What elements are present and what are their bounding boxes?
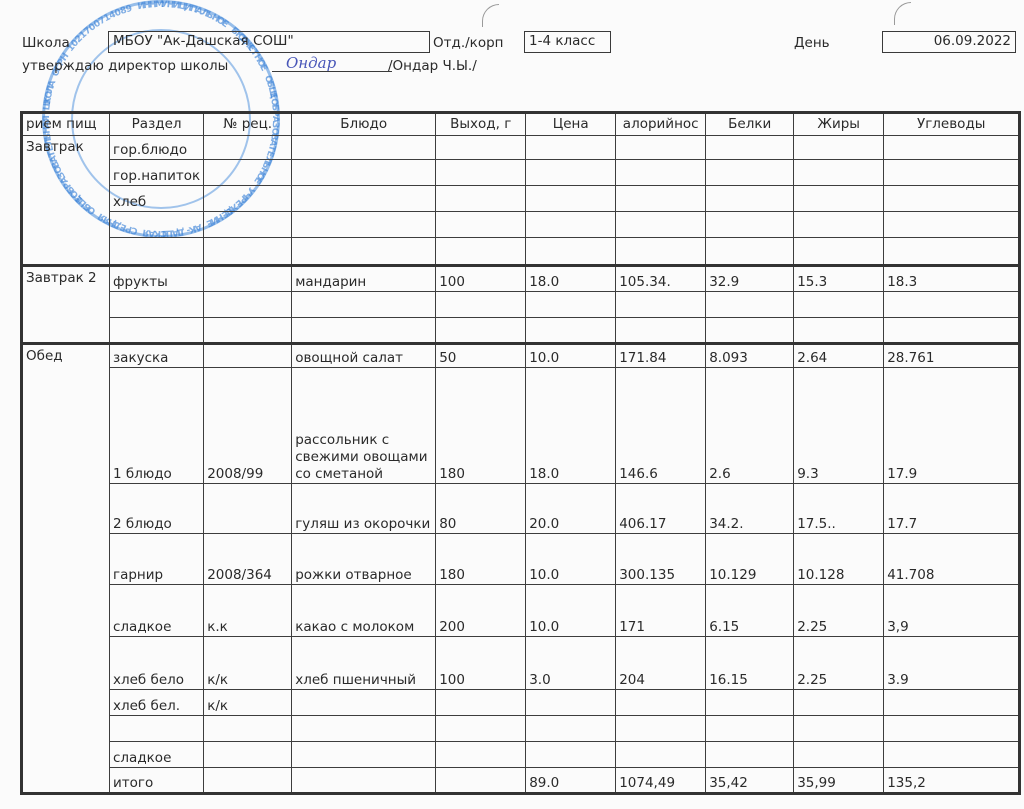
table-row — [22, 716, 1020, 742]
column-header-recipe: № рец. — [204, 113, 292, 136]
cell-fat[interactable]: 10.128 — [794, 534, 884, 585]
cell-protein[interactable] — [706, 716, 794, 742]
cell-price[interactable] — [526, 716, 616, 742]
cell-carbs[interactable] — [884, 136, 1020, 160]
cell-protein[interactable]: 34.2. — [706, 484, 794, 534]
menu-table: рием пищРаздел№ рец.БлюдоВыход, гЦенаало… — [20, 111, 1021, 795]
cell-dish[interactable] — [292, 238, 436, 266]
cell-carbs[interactable] — [884, 716, 1020, 742]
cell-price[interactable]: 89.0 — [526, 768, 616, 794]
cell-recipe[interactable] — [204, 266, 292, 292]
cell-calories[interactable]: 406.17 — [616, 484, 706, 534]
cell-dish[interactable] — [292, 160, 436, 186]
cell-carbs[interactable] — [884, 160, 1020, 186]
cell-price[interactable] — [526, 318, 616, 344]
cell-section[interactable]: итого — [110, 768, 204, 794]
cell-calories[interactable] — [616, 292, 706, 318]
cell-section[interactable]: сладкое — [110, 585, 204, 637]
cell-fat[interactable] — [794, 292, 884, 318]
cell-dish[interactable]: гуляш из окорочки — [292, 484, 436, 534]
cell-calories[interactable]: 171.84 — [616, 344, 706, 368]
cell-yield[interactable]: 180 — [436, 368, 526, 484]
cell-dish[interactable]: овощной салат — [292, 344, 436, 368]
cell-price[interactable]: 3.0 — [526, 637, 616, 690]
cell-price[interactable] — [526, 292, 616, 318]
cell-section[interactable]: сладкое — [110, 742, 204, 768]
cell-section[interactable] — [110, 238, 204, 266]
cell-price[interactable] — [526, 238, 616, 266]
cell-carbs[interactable] — [884, 292, 1020, 318]
cell-yield[interactable] — [436, 238, 526, 266]
cell-dish[interactable]: рожки отварное — [292, 534, 436, 585]
cell-yield[interactable] — [436, 742, 526, 768]
cell-carbs[interactable]: 18.3 — [884, 266, 1020, 292]
cell-price[interactable]: 10.0 — [526, 344, 616, 368]
scan-artifact-arc — [482, 4, 499, 27]
cell-calories[interactable] — [616, 742, 706, 768]
cell-yield[interactable] — [436, 318, 526, 344]
cell-yield[interactable] — [436, 690, 526, 716]
cell-price[interactable] — [526, 690, 616, 716]
cell-recipe[interactable] — [204, 186, 292, 212]
cell-section[interactable]: хлеб бело — [110, 637, 204, 690]
table-row — [22, 212, 1020, 238]
cell-fat[interactable] — [794, 186, 884, 212]
approve-label: утверждаю директор школы — [22, 58, 228, 74]
cell-dish[interactable] — [292, 318, 436, 344]
cell-dish[interactable]: рассольник с свежими овощами со сметаной — [292, 368, 436, 484]
cell-fat[interactable] — [794, 318, 884, 344]
cell-dish[interactable] — [292, 716, 436, 742]
cell-yield[interactable] — [436, 160, 526, 186]
cell-protein[interactable]: 10.129 — [706, 534, 794, 585]
cell-protein[interactable]: 2.6 — [706, 368, 794, 484]
cell-section[interactable] — [110, 212, 204, 238]
approver-name: /Ондар Ч.Ы./ — [388, 58, 477, 74]
cell-calories[interactable] — [616, 238, 706, 266]
cell-recipe[interactable]: к/к — [204, 690, 292, 716]
scan-artifact-arc — [894, 2, 911, 25]
cell-dish[interactable]: мандарин — [292, 266, 436, 292]
cell-fat[interactable]: 2.64 — [794, 344, 884, 368]
cell-fat[interactable] — [794, 160, 884, 186]
director-signature: Ондар — [286, 54, 336, 72]
cell-yield[interactable] — [436, 186, 526, 212]
cell-protein[interactable] — [706, 742, 794, 768]
cell-section[interactable] — [110, 292, 204, 318]
cell-price[interactable] — [526, 186, 616, 212]
cell-dish[interactable] — [292, 212, 436, 238]
cell-yield[interactable] — [436, 292, 526, 318]
cell-yield[interactable]: 80 — [436, 484, 526, 534]
cell-carbs[interactable] — [884, 212, 1020, 238]
cell-section[interactable]: 1 блюдо — [110, 368, 204, 484]
cell-calories[interactable]: 146.6 — [616, 368, 706, 484]
table-row: Завтрак 2фруктымандарин10018.0105.34.32.… — [22, 266, 1020, 292]
cell-section[interactable]: 2 блюдо — [110, 484, 204, 534]
cell-section[interactable]: хлеб — [110, 186, 204, 212]
cell-calories[interactable]: 204 — [616, 637, 706, 690]
cell-carbs[interactable]: 3,9 — [884, 585, 1020, 637]
cell-recipe[interactable] — [204, 484, 292, 534]
table-row: гор.напиток — [22, 160, 1020, 186]
cell-section[interactable] — [110, 318, 204, 344]
cell-recipe[interactable] — [204, 742, 292, 768]
column-header-calories: алорийнос — [616, 113, 706, 136]
cell-section[interactable]: хлеб бел. — [110, 690, 204, 716]
cell-yield[interactable]: 50 — [436, 344, 526, 368]
table-row: Обедзакускаовощной салат5010.0171.848.09… — [22, 344, 1020, 368]
cell-protein[interactable] — [706, 160, 794, 186]
cell-yield[interactable]: 180 — [436, 534, 526, 585]
cell-carbs[interactable]: 28.761 — [884, 344, 1020, 368]
cell-dish[interactable] — [292, 136, 436, 160]
school-field[interactable]: МБОУ "Ак-Дашская СОШ" — [108, 31, 430, 53]
table-row: сладкоек.ккакао с молоком20010.01716.152… — [22, 585, 1020, 637]
cell-protein[interactable] — [706, 186, 794, 212]
cell-section[interactable] — [110, 716, 204, 742]
cell-price[interactable] — [526, 212, 616, 238]
dept-label: Отд./корп — [433, 35, 503, 51]
cell-carbs[interactable] — [884, 318, 1020, 344]
cell-carbs[interactable]: 17.7 — [884, 484, 1020, 534]
cell-protein[interactable]: 35,42 — [706, 768, 794, 794]
column-header-carbs: Углеводы — [884, 113, 1020, 136]
cell-fat[interactable]: 35,99 — [794, 768, 884, 794]
cell-calories[interactable] — [616, 136, 706, 160]
cell-calories[interactable] — [616, 160, 706, 186]
cell-calories[interactable]: 300.135 — [616, 534, 706, 585]
column-header-price: Цена — [526, 113, 616, 136]
cell-price[interactable]: 20.0 — [526, 484, 616, 534]
cell-protein[interactable] — [706, 690, 794, 716]
cell-carbs[interactable] — [884, 186, 1020, 212]
cell-recipe[interactable] — [204, 344, 292, 368]
cell-protein[interactable]: 32.9 — [706, 266, 794, 292]
cell-yield[interactable] — [436, 768, 526, 794]
cell-section[interactable]: гор.напиток — [110, 160, 204, 186]
cell-yield[interactable]: 100 — [436, 637, 526, 690]
cell-fat[interactable] — [794, 238, 884, 266]
table-row: 2 блюдогуляш из окорочки8020.0406.1734.2… — [22, 484, 1020, 534]
school-label: Школа — [22, 35, 70, 51]
cell-section[interactable]: гарнир — [110, 534, 204, 585]
cell-recipe[interactable] — [204, 318, 292, 344]
table-row: Завтракгор.блюдо — [22, 136, 1020, 160]
table-row: хлеб — [22, 186, 1020, 212]
cell-recipe[interactable]: 2008/364 — [204, 534, 292, 585]
table-header-row: рием пищРаздел№ рец.БлюдоВыход, гЦенаало… — [22, 113, 1020, 136]
meal-name-cell: Обед — [22, 344, 110, 794]
column-header-fat: Жиры — [794, 113, 884, 136]
cell-yield[interactable] — [436, 212, 526, 238]
cell-recipe[interactable]: к.к — [204, 585, 292, 637]
cell-price[interactable] — [526, 742, 616, 768]
column-header-section: Раздел — [110, 113, 204, 136]
cell-calories[interactable]: 105.34. — [616, 266, 706, 292]
table-row: 1 блюдо2008/99рассольник с свежими овоща… — [22, 368, 1020, 484]
cell-section[interactable]: закуска — [110, 344, 204, 368]
meal-name-cell: Завтрак — [22, 136, 110, 266]
cell-calories[interactable] — [616, 716, 706, 742]
cell-fat[interactable]: 2.25 — [794, 637, 884, 690]
cell-fat[interactable] — [794, 212, 884, 238]
cell-protein[interactable] — [706, 136, 794, 160]
cell-protein[interactable] — [706, 238, 794, 266]
cell-dish[interactable]: хлеб пшеничный — [292, 637, 436, 690]
cell-calories[interactable] — [616, 318, 706, 344]
cell-protein[interactable]: 6.15 — [706, 585, 794, 637]
cell-carbs[interactable] — [884, 742, 1020, 768]
table-row: хлеб бел.к/к — [22, 690, 1020, 716]
cell-section[interactable]: фрукты — [110, 266, 204, 292]
cell-carbs[interactable] — [884, 238, 1020, 266]
day-field[interactable]: 06.09.2022 — [882, 31, 1016, 53]
cell-section[interactable]: гор.блюдо — [110, 136, 204, 160]
cell-fat[interactable] — [794, 690, 884, 716]
cell-recipe[interactable] — [204, 160, 292, 186]
cell-fat[interactable] — [794, 742, 884, 768]
cell-fat[interactable]: 2.25 — [794, 585, 884, 637]
cell-recipe[interactable] — [204, 238, 292, 266]
cell-yield[interactable]: 200 — [436, 585, 526, 637]
cell-calories[interactable]: 1074,49 — [616, 768, 706, 794]
cell-dish[interactable] — [292, 292, 436, 318]
cell-protein[interactable]: 16.15 — [706, 637, 794, 690]
cell-carbs[interactable]: 135,2 — [884, 768, 1020, 794]
cell-protein[interactable] — [706, 292, 794, 318]
cell-yield[interactable] — [436, 716, 526, 742]
cell-fat[interactable]: 9.3 — [794, 368, 884, 484]
menu-page: МУНИЦИПАЛЬНОЕ БЮДЖЕТНОЕ ОБЩЕОБРАЗОВАТЕЛЬ… — [0, 0, 1024, 809]
column-header-dish: Блюдо — [292, 113, 436, 136]
cell-carbs[interactable] — [884, 690, 1020, 716]
table-row: итого89.01074,4935,4235,99135,2 — [22, 768, 1020, 794]
cell-fat[interactable]: 15.3 — [794, 266, 884, 292]
cell-recipe[interactable]: к/к — [204, 637, 292, 690]
cell-dish[interactable]: какао с молоком — [292, 585, 436, 637]
cell-calories[interactable]: 171 — [616, 585, 706, 637]
cell-dish[interactable] — [292, 768, 436, 794]
cell-fat[interactable] — [794, 136, 884, 160]
cell-price[interactable] — [526, 136, 616, 160]
cell-protein[interactable] — [706, 318, 794, 344]
cell-carbs[interactable]: 3.9 — [884, 637, 1020, 690]
cell-protein[interactable] — [706, 212, 794, 238]
cell-fat[interactable] — [794, 716, 884, 742]
cell-price[interactable]: 18.0 — [526, 266, 616, 292]
cell-price[interactable]: 10.0 — [526, 585, 616, 637]
cell-dish[interactable] — [292, 186, 436, 212]
cell-carbs[interactable]: 17.9 — [884, 368, 1020, 484]
column-header-yield: Выход, г — [436, 113, 526, 136]
table-row — [22, 292, 1020, 318]
column-header-meal: рием пищ — [22, 113, 110, 136]
cell-price[interactable]: 18.0 — [526, 368, 616, 484]
cell-yield[interactable] — [436, 136, 526, 160]
cell-dish[interactable] — [292, 742, 436, 768]
cell-calories[interactable] — [616, 212, 706, 238]
dept-field[interactable]: 1-4 класс — [524, 31, 611, 53]
cell-calories[interactable] — [616, 690, 706, 716]
cell-calories[interactable] — [616, 186, 706, 212]
day-label: День — [794, 35, 830, 51]
table-row: хлеб белок/кхлеб пшеничный1003.020416.15… — [22, 637, 1020, 690]
cell-yield[interactable]: 100 — [436, 266, 526, 292]
cell-recipe[interactable] — [204, 768, 292, 794]
table-row: сладкое — [22, 742, 1020, 768]
table-row: гарнир2008/364рожки отварное18010.0300.1… — [22, 534, 1020, 585]
cell-price[interactable] — [526, 160, 616, 186]
cell-recipe[interactable] — [204, 136, 292, 160]
cell-recipe[interactable] — [204, 292, 292, 318]
cell-recipe[interactable] — [204, 716, 292, 742]
cell-fat[interactable]: 17.5.. — [794, 484, 884, 534]
cell-carbs[interactable]: 41.708 — [884, 534, 1020, 585]
cell-protein[interactable]: 8.093 — [706, 344, 794, 368]
column-header-protein: Белки — [706, 113, 794, 136]
cell-price[interactable]: 10.0 — [526, 534, 616, 585]
table-row — [22, 238, 1020, 266]
meal-name-cell: Завтрак 2 — [22, 266, 110, 344]
table-row — [22, 318, 1020, 344]
cell-recipe[interactable] — [204, 212, 292, 238]
cell-dish[interactable] — [292, 690, 436, 716]
cell-recipe[interactable]: 2008/99 — [204, 368, 292, 484]
